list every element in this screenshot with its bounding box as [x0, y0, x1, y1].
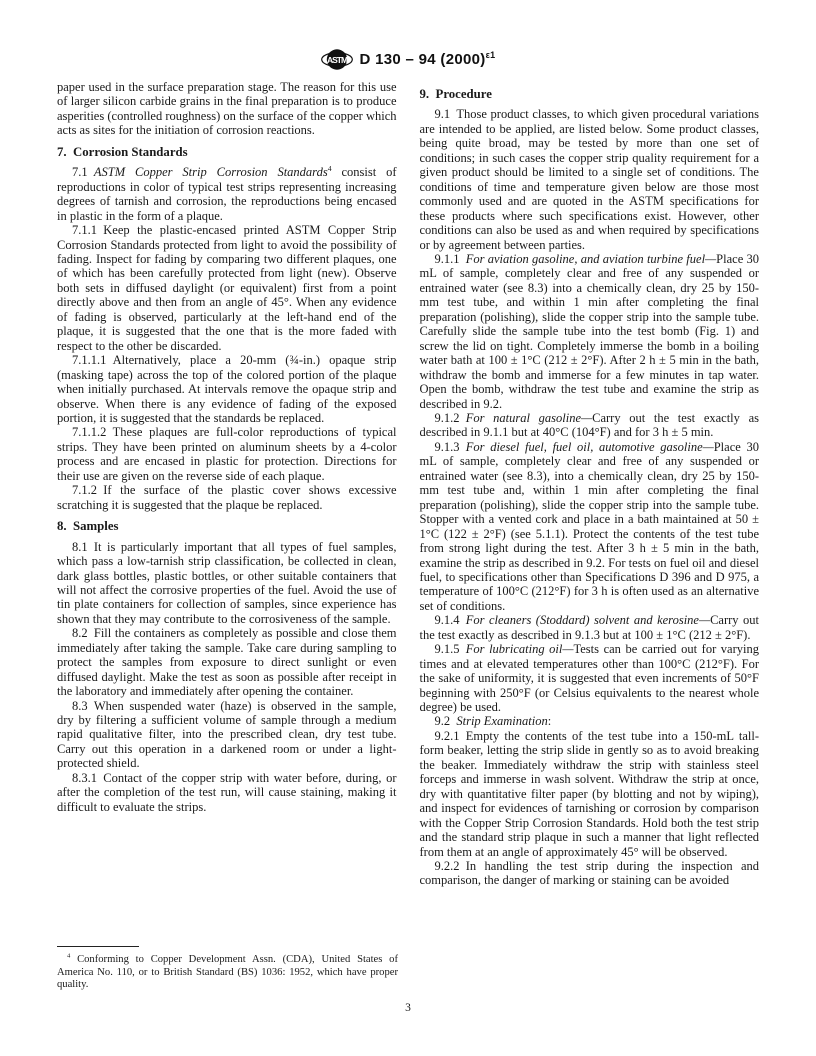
page-number: 3	[0, 1002, 816, 1014]
paragraph: 8.2 Fill the containers as completely as…	[57, 626, 397, 698]
astm-logo-icon: ASTM	[321, 48, 353, 71]
paragraph: 8.3 When suspended water (haze) is obser…	[57, 699, 397, 771]
left-column: paper used in the surface preparation st…	[57, 80, 397, 888]
paragraph: 9.1.3 For diesel fuel, fuel oil, automot…	[420, 440, 760, 613]
paragraph: 7.1.2 If the surface of the plastic cove…	[57, 483, 397, 512]
section-heading: 9. Procedure	[420, 87, 760, 101]
footnote-text: 4 Conforming to Copper Development Assn.…	[57, 954, 398, 992]
page-header: ASTM D 130 – 94 (2000)ε1	[0, 48, 816, 71]
paragraph: 9.2 Strip Examination:	[420, 714, 760, 728]
paragraph: 7.1.1 Keep the plastic-encased printed A…	[57, 223, 397, 353]
paragraph: 7.1.1.1 Alternatively, place a 20-mm (¾-…	[57, 353, 397, 425]
paragraph: 9.1.4 For cleaners (Stoddard) solvent an…	[420, 613, 760, 642]
paragraph: 9.1.2 For natural gasoline—Carry out the…	[420, 411, 760, 440]
footnote-rule	[57, 946, 139, 947]
right-column: 9. Procedure9.1 Those product classes, t…	[420, 80, 760, 888]
designation-superscript: ε1	[486, 50, 496, 60]
paragraph: 9.2.1 Empty the contents of the test tub…	[420, 729, 760, 859]
paragraph: 9.1.1 For aviation gasoline, and aviatio…	[420, 252, 760, 411]
paragraph: 9.1.5 For lubricating oil—Tests can be c…	[420, 642, 760, 714]
svg-text:ASTM: ASTM	[327, 55, 348, 65]
paragraph: 9.2.2 In handling the test strip during …	[420, 859, 760, 888]
text-columns: paper used in the surface preparation st…	[57, 80, 759, 888]
paragraph: 9.1 Those product classes, to which give…	[420, 107, 760, 252]
section-heading: 8. Samples	[57, 519, 397, 533]
document-page: ASTM D 130 – 94 (2000)ε1 paper used in t…	[0, 0, 816, 1056]
paragraph: 8.3.1 Contact of the copper strip with w…	[57, 771, 397, 814]
standard-designation: D 130 – 94 (2000)ε1	[360, 51, 496, 68]
paragraph: 7.1.1.2 These plaques are full-color rep…	[57, 425, 397, 483]
designation-text: D 130 – 94 (2000)	[360, 51, 486, 68]
section-heading: 7. Corrosion Standards	[57, 145, 397, 159]
paragraph: 7.1 ASTM Copper Strip Corrosion Standard…	[57, 165, 397, 223]
footnote: 4 Conforming to Copper Development Assn.…	[57, 946, 398, 992]
paragraph: 8.1 It is particularly important that al…	[57, 540, 397, 627]
paragraph: paper used in the surface preparation st…	[57, 80, 397, 138]
